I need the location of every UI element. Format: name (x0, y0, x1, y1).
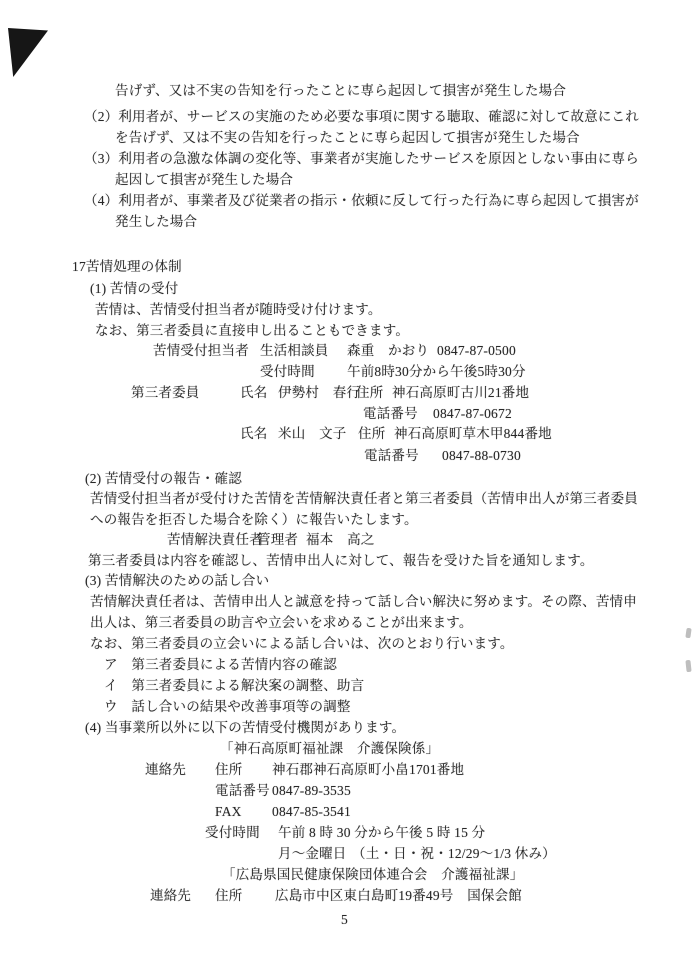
member2-name-label: 氏名 (240, 425, 267, 442)
member1-phone-label: 電話番号 (363, 405, 418, 422)
member1-name: 伊勢村 春行 (278, 384, 360, 401)
sub3-item-i: イ 第三者委員による解決案の調整、助言 (104, 677, 364, 694)
reception-hours: 午前8時30分から午後5時30分 (347, 363, 526, 380)
sub1-line1: 苦情は、苦情受付担当者が随時受け付けます。 (95, 301, 382, 318)
sub2-line2: への報告を拒否した場合を除く）に報告いたします。 (90, 511, 418, 528)
sub2-line1: 苦情受付担当者が受付けた苦情を苦情解決責任者と第三者委員（苦情申出人が第三者委員 (90, 490, 638, 507)
member2-phone: 0847-88-0730 (442, 447, 521, 464)
org1-holidays: （土・日・祝・12/29～1/3 休み） (352, 845, 556, 862)
org1-fax-label: FAX (215, 803, 242, 820)
member1-phone: 0847-87-0672 (433, 405, 512, 422)
clause-item3-line1: （3）利用者の急激な体調の変化等、事業者が実施したサービスを原因としない事由に専… (84, 150, 639, 167)
sub1-heading: (1) 苦情の受付 (90, 280, 178, 297)
org2-address-label: 住所 (215, 887, 242, 904)
org2-address: 広島市中区東白島町19番49号 国保会館 (275, 887, 522, 904)
member2-address: 神石高原町草木甲844番地 (394, 425, 552, 442)
sub2-heading: (2) 苦情受付の報告・確認 (85, 470, 242, 487)
org1-phone: 0847-89-3535 (272, 782, 351, 799)
org1-address-label: 住所 (215, 761, 242, 778)
clause-item2-line1: （2）利用者が、サービスの実施のため必要な事項に関する聴取、確認に対して故意にこ… (84, 108, 639, 125)
sub3-line3: なお、第三者委員の立会いによる話し合いは、次のとおり行います。 (90, 635, 514, 652)
org1-fax: 0847-85-3541 (272, 803, 351, 820)
org1-days: 月～金曜日 (278, 845, 347, 862)
scan-corner-artifact (8, 28, 48, 77)
reception-hours-label: 受付時間 (260, 363, 315, 380)
org1-hours-label: 受付時間 (205, 824, 260, 841)
page-number: 5 (341, 911, 348, 928)
clause-cont-line: 告げず、又は不実の告知を行ったことに専ら起因して損害が発生した場合 (115, 82, 566, 99)
reception-staff-label: 苦情受付担当者 (153, 342, 249, 359)
resolver-label: 苦情解決責任者 (167, 531, 263, 548)
reception-staff-phone: 0847-87-0500 (437, 342, 516, 359)
clause-item3-line2: 起因して損害が発生した場合 (115, 171, 293, 188)
sub2-line3: 第三者委員は内容を確認し、苦情申出人に対して、報告を受けた旨を通知します。 (88, 552, 594, 569)
member2-name: 米山 文子 (278, 425, 347, 442)
member1-address-label: 住所 (356, 384, 383, 401)
org1-address: 神石郡神石高原町小畠1701番地 (272, 761, 464, 778)
section-17-heading: 17苦情処理の体制 (72, 258, 182, 275)
org1-phone-label: 電話番号 (215, 782, 270, 799)
committee-label: 第三者委員 (131, 384, 200, 401)
sub3-heading: (3) 苦情解決のための話し合い (85, 572, 269, 589)
sub1-line2: なお、第三者委員に直接申し出ることもできます。 (95, 322, 409, 339)
org1-title: 「神石高原町福祉課 介護保険係」 (220, 740, 439, 757)
member2-address-label: 住所 (358, 425, 385, 442)
sub4-heading: (4) 当事業所以外に以下の苦情受付機関があります。 (85, 719, 405, 736)
sub3-line1: 苦情解決責任者は、苦情申出人と誠意を持って話し合い解決に努めます。その際、苦情申 (90, 593, 637, 610)
document-page: 告げず、又は不実の告知を行ったことに専ら起因して損害が発生した場合 （2）利用者… (0, 0, 693, 980)
org2-title: 「広島県国民健康保険団体連合会 介護福祉課」 (222, 866, 523, 883)
sub3-item-u: ウ 話し合いの結果や改善事項等の調整 (104, 698, 351, 715)
sub3-item-a: ア 第三者委員による苦情内容の確認 (104, 656, 337, 673)
sub3-line2: 出人は、第三者委員の助言や立会いを求めることが出来ます。 (90, 614, 473, 631)
resolver-name: 福本 高之 (306, 531, 375, 548)
member2-phone-label: 電話番号 (364, 447, 419, 464)
reception-staff-role: 生活相談員 (260, 342, 329, 359)
scan-noise (685, 628, 691, 639)
clause-item4-line2: 発生した場合 (115, 213, 197, 230)
org1-hours: 午前 8 時 30 分から午後 5 時 15 分 (278, 824, 485, 841)
clause-item4-line1: （4）利用者が、事業者及び従業者の指示・依頼に反して行った行為に専ら起因して損害… (84, 192, 639, 209)
scan-noise (685, 660, 691, 672)
reception-staff-name: 森重 かおり (347, 342, 429, 359)
org2-contact-label: 連絡先 (150, 887, 191, 904)
org1-contact-label: 連絡先 (145, 761, 186, 778)
member1-address: 神石高原町古川21番地 (392, 384, 529, 401)
resolver-role: 管理者 (257, 531, 298, 548)
clause-item2-line2: を告げず、又は不実の告知を行ったことに専ら起因して損害が発生した場合 (115, 129, 580, 146)
member1-name-label: 氏名 (240, 384, 267, 401)
